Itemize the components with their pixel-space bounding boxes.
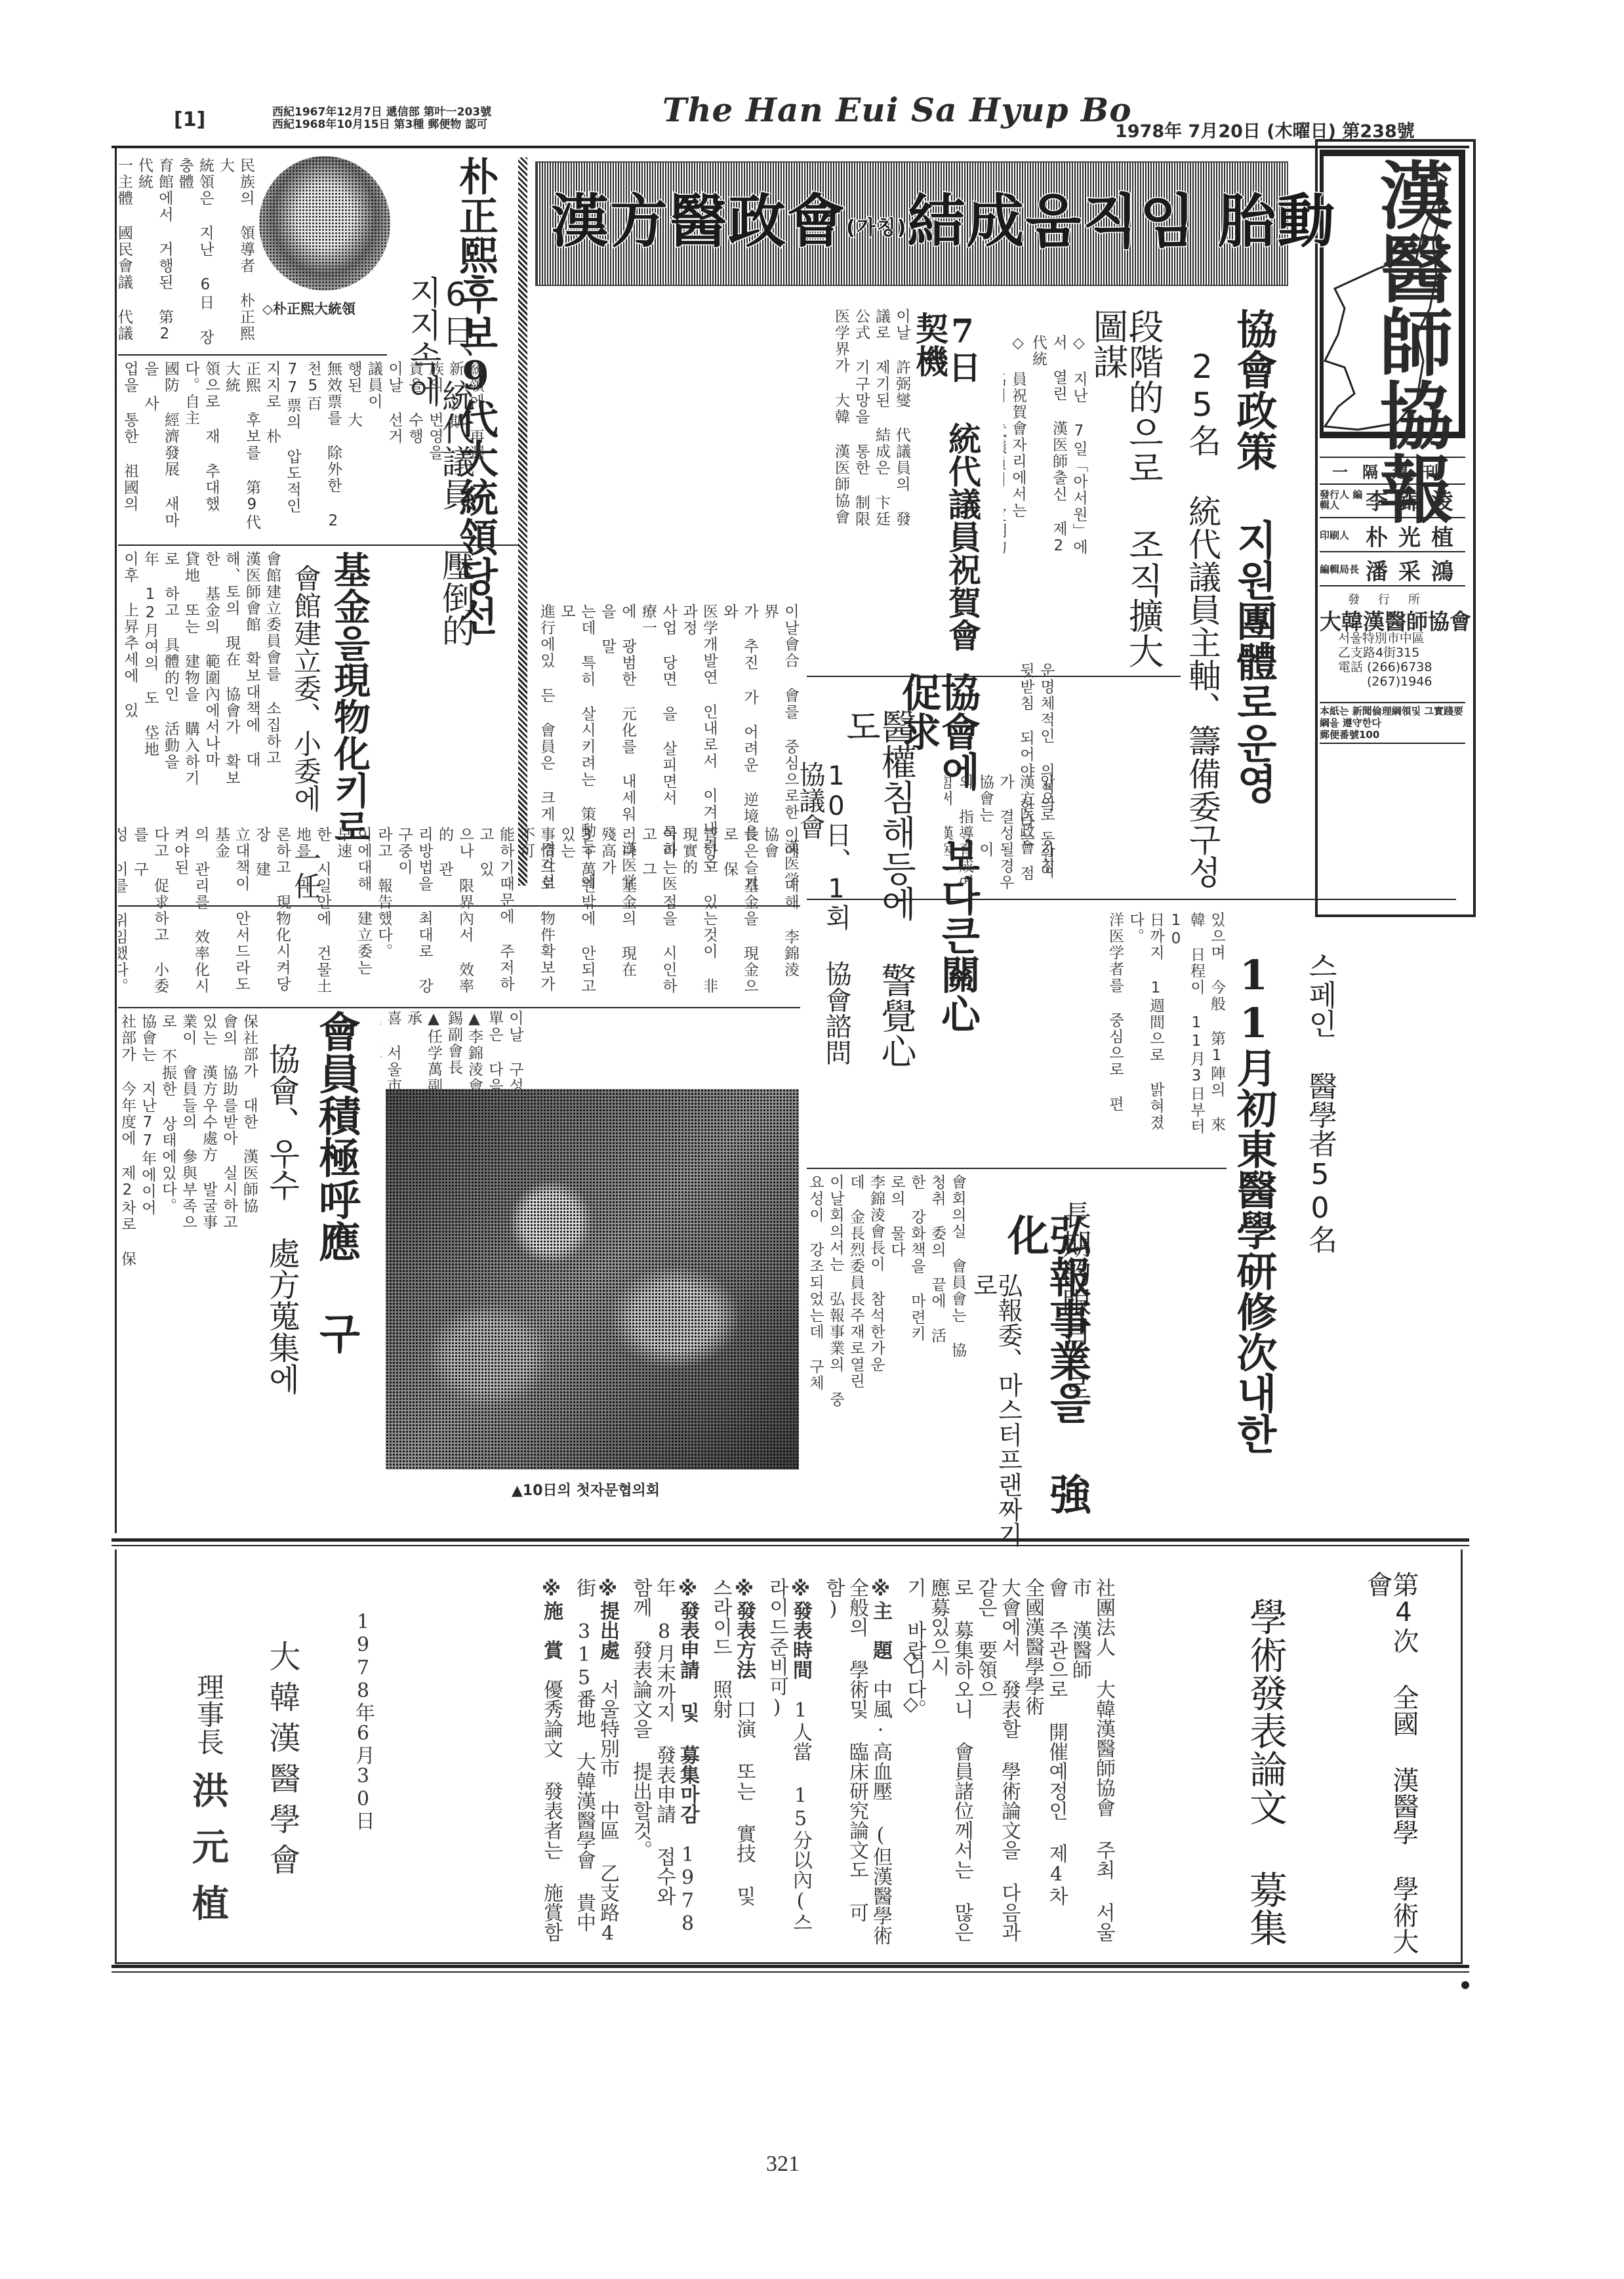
banner-headline-b: 結成움직임 胎動 bbox=[907, 188, 1336, 255]
announcement-items: ※主 題 中風·高血壓 (但漢醫學術全般의 學術및 臨床研究論文도 可함)※發表… bbox=[367, 1578, 892, 1945]
text-line: 社部가 今年度에 제2차로 保 bbox=[118, 1014, 137, 1525]
text-line: 医学개발연 인내로서 이겨내려온 과정 bbox=[678, 604, 719, 899]
text-line: 는데 특히 살시키려는 策動등 에 모 bbox=[556, 604, 597, 899]
staff-name: 潘采鴻 bbox=[1366, 554, 1464, 586]
text-line: 日까지 1週間으로 밝혀졌 bbox=[1145, 912, 1166, 1161]
prescription-headline: 會員積極呼應 구 bbox=[315, 1010, 357, 1535]
text-line: 責을 수행 bbox=[404, 361, 424, 531]
signer-name: 洪元植 bbox=[187, 1771, 229, 1940]
text-line: 라고 報告했다。 bbox=[373, 827, 394, 1004]
text-line: ◇ 지난 7일「아서원」에서 열린 漢医師출신 제2代統 bbox=[1028, 335, 1089, 558]
intro-line: 로 募集하오니 會員諸位께서는 많은 應募있으시 bbox=[926, 1578, 973, 1945]
permit-line: 西紀1968年10月15日 第3種 郵便物 認可 bbox=[272, 119, 491, 131]
text-line: 의 指導育成에 힘써 漢医 bbox=[944, 774, 975, 892]
ink-dot bbox=[1461, 1981, 1469, 1989]
text-line: 있으며 今般 第1陣의 來 bbox=[1206, 912, 1227, 1161]
phone-label: 電話 bbox=[1338, 660, 1363, 689]
text-line: 가 추진 가 어려운 逆境을 슬기와 bbox=[719, 604, 760, 899]
announcement-item: ※發表方法 口演 또는 實技 및 스라이드 照射 bbox=[708, 1578, 756, 1945]
staff-name: 李錦淩 bbox=[1366, 483, 1464, 516]
text-line: 한 시일안에 건물土地를 막 bbox=[292, 827, 333, 1004]
item-label: ※發表申請 및 募集마감 bbox=[676, 1578, 699, 1843]
policy-subhead: 25名 統代議員主軸、籌備委구성 bbox=[1186, 348, 1219, 938]
pr-body: 會회의실 會員會는 協청취 委의 끝에 活한 강화책을 마련키로의 물다李錦淩會… bbox=[803, 1174, 967, 1542]
prescription-subhead: 協會、우수 處方蒐集에 bbox=[266, 1043, 297, 1502]
diamond-divider: ◇ ◇ bbox=[899, 1647, 922, 1843]
publisher-address: 서울特別市中區 乙支路4街315 電話 (266)6738 (267)1946 bbox=[1338, 631, 1469, 689]
staff-role: 印刷人 bbox=[1320, 530, 1366, 541]
phone-number: (267)1946 bbox=[1367, 674, 1432, 689]
text-line: 행된 大 bbox=[343, 361, 363, 531]
pr-subhead: 弘報委、마스터프랜짜기로 bbox=[971, 1273, 1021, 1548]
address-line: 서울特別市中區 bbox=[1338, 631, 1469, 646]
page-footer-number: 321 bbox=[766, 2152, 800, 2177]
photo-caption: ▲10日의 첫자문협의회 bbox=[512, 1479, 660, 1500]
text-line: 韓 日程이 11月3日부터 10 bbox=[1166, 912, 1206, 1161]
announcement-item: ※施 賞 優秀論文 發表者는 施賞함 bbox=[539, 1578, 563, 1945]
intro-line: 會 주관으로 開催예정인 제4차 全國漢醫學學術 bbox=[1021, 1578, 1068, 1945]
intro-line: 大會에서 發表할 學術論文을 다음과 같은 要領으 bbox=[973, 1578, 1021, 1945]
text-line: ◇ 員祝賀會자리에서는 25名의 代議員이 定期的인 모임 bbox=[1004, 335, 1028, 558]
announcement-subtitle: 第4次 全國 漢醫學 學術大會 bbox=[1364, 1571, 1417, 1965]
text-line: 洋医学者를 중심으로 편 bbox=[1105, 912, 1125, 1161]
section-rule bbox=[112, 1545, 1469, 1546]
text-line: 新 2期 bbox=[445, 361, 465, 531]
consultation-body-b: 앞으로 가칭 漢方医政會가 결성될경우 協會는 이의 指導育成에 힘써 漢医師統… bbox=[944, 774, 1056, 892]
announcement-item: ※主 題 中風·高血壓 (但漢醫學術全般의 學術및 臨床研究論文도 可함) bbox=[821, 1578, 892, 1945]
page-number: [1] bbox=[174, 108, 205, 131]
text-line: 다。 bbox=[1125, 912, 1145, 1161]
announcement-org: 大韓漢醫學會 bbox=[262, 1640, 302, 1884]
rule bbox=[807, 1168, 1227, 1169]
text-line: 있는 漢方우수處方 발굴事 bbox=[198, 1014, 218, 1525]
text-line: 統領에 再選 bbox=[465, 361, 485, 531]
publication-frequency: 一隔週刊 bbox=[1320, 457, 1465, 485]
staff-row: 編輯局長 潘采鴻 bbox=[1320, 554, 1465, 586]
text-line: 公式 기구망을 통한 制限 bbox=[851, 308, 871, 663]
address-line: 乙支路4街315 bbox=[1338, 646, 1469, 660]
spain-kicker: 스페인 醫學者50名 bbox=[1305, 951, 1334, 1279]
item-label: ※施 賞 bbox=[540, 1578, 563, 1679]
policy-body bbox=[1056, 571, 1187, 899]
text-line: 청취 委의 끝에 活 bbox=[927, 1174, 947, 1542]
text-line: 으나 限界內서 效率的 관 bbox=[434, 827, 475, 1004]
phone-numbers: (266)6738 (267)1946 bbox=[1367, 660, 1432, 689]
section-rule bbox=[112, 1538, 1469, 1542]
reception-headline: 7日 統代議員祝賀會契機 bbox=[913, 312, 979, 679]
text-line: 會회의실 會員會는 協 bbox=[947, 1174, 967, 1542]
text-line: 民族의 領導者 朴正熙大 bbox=[215, 157, 256, 348]
text-line: 會의 協助를받아 실시하고 bbox=[218, 1014, 239, 1525]
intro-line: 社團法人 大韓漢醫師協會 주최 서울市 漢醫師 bbox=[1068, 1578, 1115, 1945]
prescription-body: 保社部가 대한 漢医師協會의 協助를받아 실시하고있는 漢方우수處方 발굴事業이… bbox=[118, 1014, 259, 1525]
text-line: 李錦淩會長이 참석한가운 bbox=[866, 1174, 886, 1542]
text-line: 이날 許弼燮 代議員의 發 bbox=[891, 308, 912, 663]
consultation-body: 이날會合 會를 중심으로한 漢医学界가 추진 가 어려운 逆境을 슬기와医学개발… bbox=[538, 604, 800, 899]
item-label: ※提出處 bbox=[596, 1578, 619, 1679]
item-value: 優秀論文 發表者는 施賞함 bbox=[540, 1679, 563, 1942]
text-line: 統領은 지난 6日 장충體 bbox=[174, 157, 215, 348]
text-line: 育館에서 거행된 第2代統 bbox=[134, 157, 174, 348]
text-line: 로 不振한 상태에있다。 bbox=[157, 1014, 178, 1525]
text-line: 業이 會員들의 參與부족으 bbox=[178, 1014, 198, 1525]
text-line: 가 결성될경우 協會는 이 bbox=[975, 774, 1015, 892]
text-line: 一主體 國民會議 代議員총 bbox=[118, 157, 134, 348]
announcement-item: ※發表申請 및 募集마감 1978年 8月末까지 發表申請 접수와 함께 發表論… bbox=[628, 1578, 699, 1945]
item-label: ※發表時間 bbox=[789, 1578, 812, 1699]
spain-body: 있으며 今般 第1陣의 來韓 日程이 11月3日부터 10日까지 1週間으로 밝… bbox=[1049, 912, 1227, 1161]
permit-line: 西紀1967年12月7日 遞信部 第叶一203號 bbox=[272, 106, 491, 119]
policy-headline: 協會政策 지원團體로운영 bbox=[1233, 308, 1274, 964]
phone-number: (266)6738 bbox=[1367, 660, 1432, 674]
item-label: ※主 題 bbox=[869, 1578, 892, 1679]
text-line: 保社部가 대한 漢医師協 bbox=[239, 1014, 259, 1525]
announcement-title: 學術發表論文 募集 bbox=[1246, 1597, 1284, 1965]
rule bbox=[118, 544, 518, 546]
text-line: 로의 물다 bbox=[886, 1174, 906, 1542]
text-line: 업을 통한 祖國의 近代化 bbox=[118, 361, 140, 531]
text-line: 國防 經濟發展 새마을 사 bbox=[140, 361, 180, 531]
text-line: 正熙 후보를 第9代 大統 bbox=[221, 361, 262, 531]
postal-code: 郵便番號100 bbox=[1320, 729, 1465, 741]
policy-continued bbox=[1345, 912, 1463, 1273]
section-rule bbox=[112, 1965, 1469, 1968]
text-line: 론하고 現物化시켜당장 建 bbox=[251, 827, 292, 1004]
item-label: ※發表方法 bbox=[733, 1578, 756, 1699]
text-line: 적 事業推進方案에 대해서 bbox=[803, 1174, 805, 1542]
postal-permit: 西紀1967年12月7日 遞信部 第叶一203號 西紀1968年10月15日 第… bbox=[272, 106, 491, 131]
text-line: 사업 당면 을 살피면서 특히 医療一 bbox=[638, 604, 678, 899]
staff-row: 印刷人 朴光植 bbox=[1320, 520, 1465, 552]
announcement-intro: 社團法人 大韓漢醫師協會 주최 서울市 漢醫師會 주관으로 開催예정인 제4차 … bbox=[944, 1578, 1115, 1945]
text-line: 進行에있 든 會員은 크게 경각심을 bbox=[538, 604, 556, 899]
announcement-date: 1978年6月30日 bbox=[351, 1611, 375, 1906]
announcement-item: ※提出處 서울特別市 中區 乙支路4街 315番地 大韓漢醫學會 貴中 bbox=[572, 1578, 619, 1945]
text-line: 領으로 재 추대했다。自主 bbox=[180, 361, 221, 531]
announcement-item: ※發表時間 1人當 15分以內(스라이드준비可) bbox=[765, 1578, 812, 1945]
text-line: 族의 번영을 bbox=[424, 361, 445, 531]
text-line: 리방법을 최대로 강구중이 bbox=[394, 827, 434, 1004]
staff-row: 發行人 編輯人 李錦淩 bbox=[1320, 482, 1465, 518]
staff-role: 編輯局長 bbox=[1320, 564, 1366, 575]
text-line: 이날 선거 bbox=[384, 361, 404, 531]
text-line: 立대책이 안서드라도 基金 bbox=[211, 827, 251, 1004]
section-rule bbox=[112, 1971, 1469, 1973]
policy-bullets: ◇ 지난 7일「아서원」에서 열린 漢医師출신 제2代統◇ 員祝賀會자리에서는 … bbox=[1004, 335, 1089, 558]
election-body-a: 民族의 領導者 朴正熙大統領은 지난 6日 장충體育館에서 거행된 第2代統一主… bbox=[118, 157, 256, 348]
portrait-caption: ◇朴正熙大統領 bbox=[262, 298, 355, 318]
text-line: 다고 促求하고 小委를 구 bbox=[129, 827, 170, 1004]
text-line: 이날會合 會를 중심으로한 漢医学界 bbox=[760, 604, 800, 899]
english-title: The Han Eui Sa Hyup Bo bbox=[662, 91, 1132, 129]
text-line: 議로 제기된 結成은 卞廷 bbox=[871, 308, 891, 663]
rule bbox=[118, 354, 387, 356]
text-line: 医学界가 大韓 漢医師協會 bbox=[830, 308, 851, 663]
text-line: 요성이 강조되었는데 구체 bbox=[805, 1174, 825, 1542]
banner-headline-a: 漢方醫政會 bbox=[551, 188, 846, 255]
text-line: 성 이를 위임했다。 bbox=[118, 827, 129, 1004]
text-line: 의 관리를 效率化시켜야된 bbox=[170, 827, 211, 1004]
election-body-b: 統領에 再選新 2期族의 번영을責을 수행이날 선거議員이행된 大無效票를 除外… bbox=[118, 361, 485, 531]
banner-headline: 漢方醫政會(가칭)結成움직임 胎動 bbox=[551, 176, 1336, 258]
staff-name: 朴光植 bbox=[1366, 520, 1464, 552]
text-line: 이에대해 建立委는 早速 bbox=[333, 827, 373, 1004]
column-rule-hatched bbox=[518, 157, 527, 886]
rule bbox=[807, 899, 1456, 900]
masthead-rule bbox=[112, 146, 1469, 148]
text-line: 議員이 bbox=[363, 361, 384, 531]
text-line: 無效票를 除外한 2천5百 bbox=[302, 361, 343, 531]
text-line: 한 강화책을 마련키 bbox=[906, 1174, 927, 1542]
text-line: 앞으로 가칭 漢方医政會 bbox=[1015, 774, 1056, 892]
ethics-text: 本紙는 新聞倫理綱領및 그實踐要綱을 遵守한다 bbox=[1320, 705, 1465, 729]
signer-title: 理事長 bbox=[190, 1673, 227, 1755]
staff-role: 發行人 編輯人 bbox=[1320, 489, 1366, 510]
phone-block: 電話 (266)6738 (267)1946 bbox=[1338, 660, 1469, 689]
text-line: 이날회의서는 弘報事業의 중 bbox=[825, 1174, 845, 1542]
text-line: 에 광범한 元化를 내세워 漢医学을 말 bbox=[597, 604, 638, 899]
reception-body: 이날 許弼燮 代議員의 發議로 제기된 結成은 卞廷公式 기구망을 통한 制限医… bbox=[807, 308, 912, 663]
banner-headline-tag: (가칭) bbox=[846, 216, 907, 239]
spain-headline: 11月初東醫學研修次내한 bbox=[1233, 951, 1274, 1561]
portrait-photo bbox=[259, 156, 390, 291]
rule bbox=[118, 1007, 800, 1008]
text-line: 能하기때문에 주저하고 있 bbox=[475, 827, 516, 1004]
text-line: 데 金長烈委員長주재로열린 bbox=[845, 1174, 866, 1542]
left-border bbox=[115, 146, 117, 1533]
meeting-photo bbox=[386, 1089, 799, 1469]
text-line: 77票의 압도적인 지지로 朴 bbox=[262, 361, 302, 531]
text-line: 協會는 지난77年에이어 bbox=[137, 1014, 157, 1525]
consultation-subhead-2: 10日、1회 協會諮問協議會 bbox=[797, 761, 849, 1076]
ethics-note: 本紙는 新聞倫理綱領및 그實踐要綱을 遵守한다 郵便番號100 bbox=[1320, 702, 1465, 744]
consultation-subhead: 醫權침해등에 警覺心도 bbox=[843, 708, 914, 1076]
